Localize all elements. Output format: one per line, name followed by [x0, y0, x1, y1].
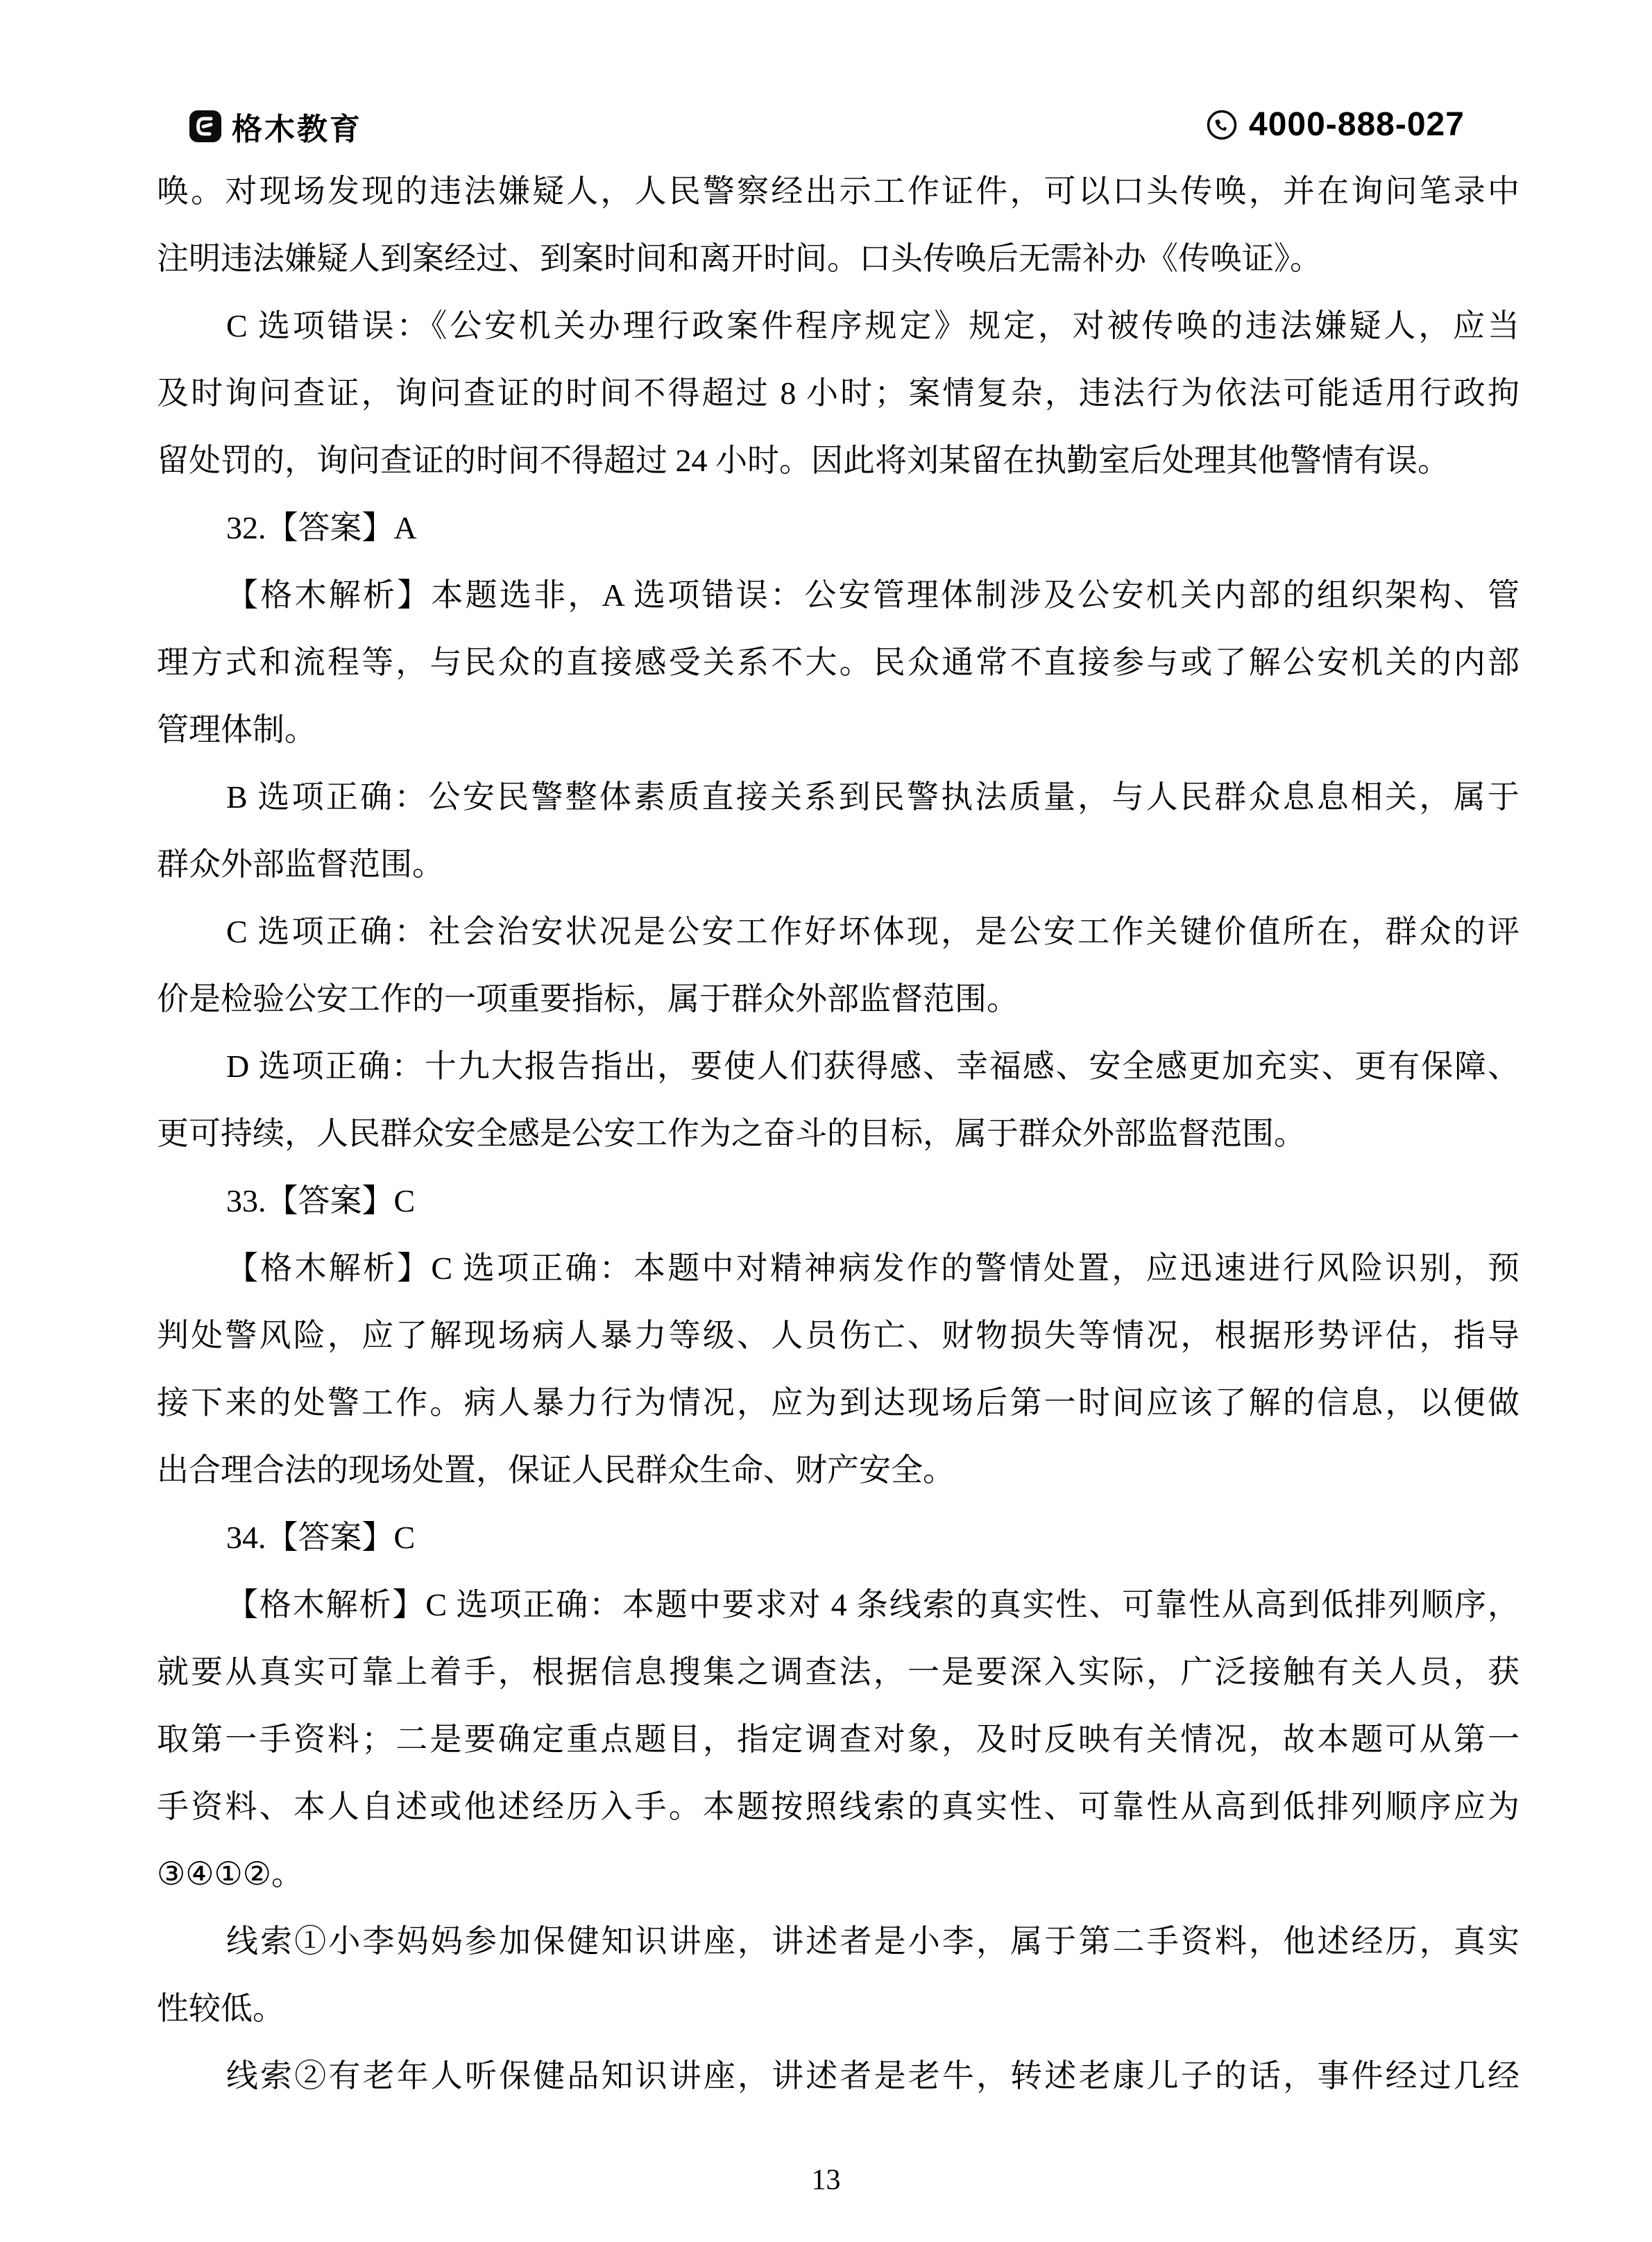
page-number: 13: [0, 2164, 1652, 2197]
text-line: 留处罚的，询问查证的时间不得超过 24 小时。因此将刘某留在执勤室后处理其他警情…: [157, 427, 1519, 494]
text-line: 线索①小李妈妈参加保健知识讲座，讲述者是小李，属于第二手资料，他述经历，真实: [157, 1908, 1519, 1975]
text-line: 更可持续，人民群众安全感是公安工作为之奋斗的目标，属于群众外部监督范围。: [157, 1100, 1519, 1167]
gemu-logo-icon: [189, 110, 222, 143]
answer-line: 34.【答案】C: [157, 1504, 1519, 1571]
text-line: B 选项正确：公安民警整体素质直接关系到民警执法质量，与人民群众息息相关，属于: [157, 763, 1519, 831]
text-line: 【格木解析】C 选项正确：本题中要求对 4 条线索的真实性、可靠性从高到低排列顺…: [157, 1571, 1519, 1638]
answer-line: 33.【答案】C: [157, 1167, 1519, 1234]
phone-number: 4000-888-027: [1249, 105, 1465, 144]
text-line: C 选项正确：社会治安状况是公安工作好坏体现，是公安工作关键价值所在，群众的评: [157, 898, 1519, 965]
text-line: 取第一手资料；二是要确定重点题目，指定调查对象，及时反映有关情况，故本题可从第一: [157, 1706, 1519, 1773]
text-line: 价是检验公安工作的一项重要指标，属于群众外部监督范围。: [157, 965, 1519, 1033]
document-body: 唤。对现场发现的违法嫌疑人，人民警察经出示工作证件，可以口头传唤，并在询问笔录中…: [157, 158, 1519, 2109]
text-line: 出合理合法的现场处置，保证人民群众生命、财产安全。: [157, 1436, 1519, 1504]
text-line: 【格木解析】本题选非，A 选项错误：公安管理体制涉及公安机关内部的组织架构、管: [157, 561, 1519, 629]
text-line: 手资料、本人自述或他述经历入手。本题按照线索的真实性、可靠性从高到低排列顺序应为: [157, 1773, 1519, 1840]
text-line: 管理体制。: [157, 696, 1519, 763]
text-line: ③④①②。: [157, 1840, 1519, 1908]
phone-icon: [1206, 109, 1238, 141]
brand-name: 格木教育: [232, 104, 362, 148]
text-line: 注明违法嫌疑人到案经过、到案时间和离开时间。口头传唤后无需补办《传唤证》。: [157, 225, 1519, 292]
text-line: 接下来的处警工作。病人暴力行为情况，应为到达现场后第一时间应该了解的信息，以便做: [157, 1369, 1519, 1436]
text-line: 线索②有老年人听保健品知识讲座，讲述者是老牛，转述老康儿子的话，事件经过几经: [157, 2042, 1519, 2109]
contact-phone: 4000-888-027: [1206, 105, 1465, 144]
answer-line: 32.【答案】A: [157, 494, 1519, 561]
text-line: 理方式和流程等，与民众的直接感受关系不大。民众通常不直接参与或了解公安机关的内部: [157, 629, 1519, 696]
text-line: C 选项错误：《公安机关办理行政案件程序规定》规定，对被传唤的违法嫌疑人，应当: [157, 292, 1519, 359]
text-line: 群众外部监督范围。: [157, 831, 1519, 898]
text-line: 【格木解析】C 选项正确：本题中对精神病发作的警情处置，应迅速进行风险识别，预: [157, 1234, 1519, 1302]
text-line: 唤。对现场发现的违法嫌疑人，人民警察经出示工作证件，可以口头传唤，并在询问笔录中: [157, 158, 1519, 225]
text-line: 性较低。: [157, 1975, 1519, 2042]
text-line: 判处警风险，应了解现场病人暴力等级、人员伤亡、财物损失等情况，根据形势评估，指导: [157, 1302, 1519, 1369]
document-page: 格木教育 4000-888-027 唤。对现场发现的违法嫌疑人，人民警察经出示工…: [0, 0, 1652, 2242]
text-line: D 选项正确：十九大报告指出，要使人们获得感、幸福感、安全感更加充实、更有保障、: [157, 1033, 1519, 1100]
text-line: 就要从真实可靠上着手，根据信息搜集之调查法，一是要深入实际，广泛接触有关人员，获: [157, 1638, 1519, 1706]
text-line: 及时询问查证，询问查证的时间不得超过 8 小时；案情复杂，违法行为依法可能适用行…: [157, 359, 1519, 427]
brand-logo: 格木教育: [189, 104, 362, 148]
